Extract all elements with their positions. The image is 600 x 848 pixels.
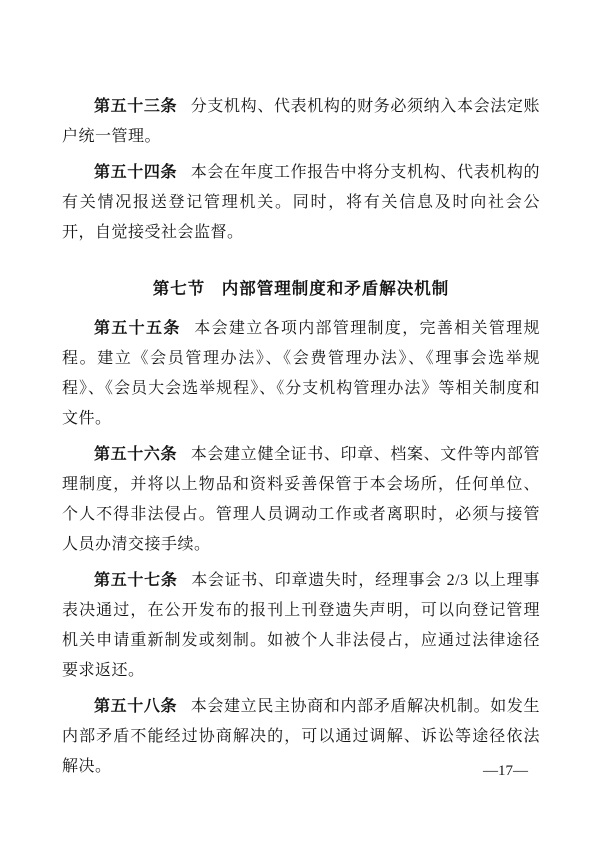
page-number: —17— <box>483 761 528 781</box>
document-page: 第五十三条分支机构、代表机构的财务必须纳入本会法定账户统一管理。 第五十四条本会… <box>0 0 600 848</box>
article-56-number: 第五十六条 <box>94 446 177 463</box>
article-57-number: 第五十七条 <box>94 572 178 589</box>
article-54-number: 第五十四条 <box>94 164 177 181</box>
article-55-paragraph: 第五十五条本会建立各项内部管理制度，完善相关管理规程。建立《会员管理办法》、《会… <box>62 314 540 434</box>
article-57-paragraph: 第五十七条本会证书、印章遗失时，经理事会 2/3 以上理事表决通过，在公开发布的… <box>62 566 540 686</box>
article-53-number: 第五十三条 <box>94 98 177 115</box>
article-53-paragraph: 第五十三条分支机构、代表机构的财务必须纳入本会法定账户统一管理。 <box>62 92 540 152</box>
article-58-paragraph: 第五十八条本会建立民主协商和内部矛盾解决机制。如发生内部矛盾不能经过协商解决的，… <box>62 692 540 782</box>
article-54-paragraph: 第五十四条本会在年度工作报告中将分支机构、代表机构的有关情况报送登记管理机关。同… <box>62 158 540 248</box>
article-55-number: 第五十五条 <box>94 320 181 337</box>
article-56-paragraph: 第五十六条本会建立健全证书、印章、档案、文件等内部管理制度，并将以上物品和资料妥… <box>62 440 540 560</box>
article-58-number: 第五十八条 <box>94 698 177 715</box>
section-title: 内部管理制度和矛盾解决机制 <box>222 280 450 298</box>
section-number: 第七节 <box>153 280 206 298</box>
section-heading: 第七节内部管理制度和矛盾解决机制 <box>62 274 540 304</box>
